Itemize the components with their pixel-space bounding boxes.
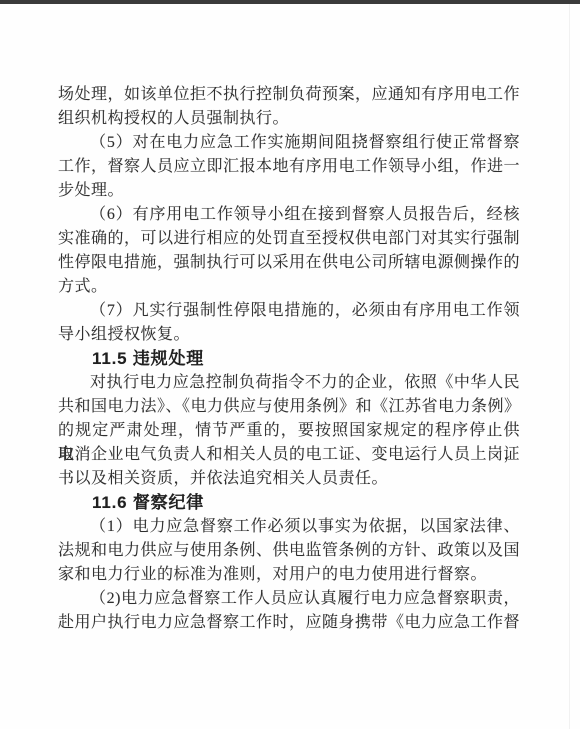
text-line: 场处理，如该单位拒不执行控制负荷预案，应通知有序用电工作	[58, 83, 520, 107]
text-line: 工作，督察人员应立即汇报本地有序用电工作领导小组，作进一	[58, 155, 520, 179]
text-line: （7）凡实行强制性停限电措施的，必须由有序用电工作领	[58, 299, 520, 323]
heading-text: 11.5 违规处理	[58, 347, 520, 371]
text-line: （5）对在电力应急工作实施期间阻挠督察组行使正常督察	[58, 131, 520, 155]
text-line: 法规和电力供应与使用条例、供电监管条例的方针、政策以及国	[58, 539, 520, 563]
text-line: 的规定严肃处理，情节严重的，要按照国家规定的程序停止供电，	[58, 419, 520, 443]
text-line: 导小组授权恢复。	[58, 323, 520, 347]
text-line: 性停限电措施，强制执行可以采用在供电公司所辖电源侧操作的	[58, 251, 520, 275]
text-line: 家和电力行业的标准为准则，对用户的电力使用进行督察。	[58, 563, 520, 587]
paragraph: （7）凡实行强制性停限电措施的，必须由有序用电工作领导小组授权恢复。	[58, 299, 520, 347]
paragraph: 场处理，如该单位拒不执行控制负荷预案，应通知有序用电工作组织机构授权的人员强制执…	[58, 83, 520, 131]
paragraph: （5）对在电力应急工作实施期间阻挠督察组行使正常督察工作，督察人员应立即汇报本地…	[58, 131, 520, 203]
text-line: 步处理。	[58, 179, 520, 203]
heading-text: 11.6 督察纪律	[58, 491, 520, 515]
text-line: （1）电力应急督察工作必须以事实为依据，以国家法律、	[58, 515, 520, 539]
paragraph: （6）有序用电工作领导小组在接到督察人员报告后，经核实准确的，可以进行相应的处罚…	[58, 203, 520, 299]
section-heading: 11.6 督察纪律	[58, 491, 520, 515]
top-border-bar	[0, 0, 580, 4]
paragraph: 对执行电力应急控制负荷指令不力的企业，依照《中华人民共和国电力法》、《电力供应与…	[58, 371, 520, 491]
text-line: 实准确的，可以进行相应的处罚直至授权供电部门对其实行强制	[58, 227, 520, 251]
text-line: 对执行电力应急控制负荷指令不力的企业，依照《中华人民	[58, 371, 520, 395]
text-line: 书以及相关资质，并依法追究相关人员责任。	[58, 467, 520, 491]
text-line: 共和国电力法》、《电力供应与使用条例》和《江苏省电力条例》	[58, 395, 520, 419]
text-line: 取消企业电气负责人和相关人员的电工证、变电运行人员上岗证	[58, 443, 520, 467]
document-page: 场处理，如该单位拒不执行控制负荷预案，应通知有序用电工作组织机构授权的人员强制执…	[58, 83, 520, 635]
text-line: 组织机构授权的人员强制执行。	[58, 107, 520, 131]
paragraph: （1）电力应急督察工作必须以事实为依据，以国家法律、法规和电力供应与使用条例、供…	[58, 515, 520, 587]
text-line: （2)电力应急督察工作人员应认真履行电力应急督察职责，	[58, 587, 520, 611]
page-edge-line	[569, 4, 570, 729]
text-line: （6）有序用电工作领导小组在接到督察人员报告后，经核	[58, 203, 520, 227]
section-heading: 11.5 违规处理	[58, 347, 520, 371]
paragraph: （2)电力应急督察工作人员应认真履行电力应急督察职责，赴用户执行电力应急督察工作…	[58, 587, 520, 635]
text-line: 方式。	[58, 275, 520, 299]
text-line: 赴用户执行电力应急督察工作时，应随身携带《电力应急工作督	[58, 611, 520, 635]
